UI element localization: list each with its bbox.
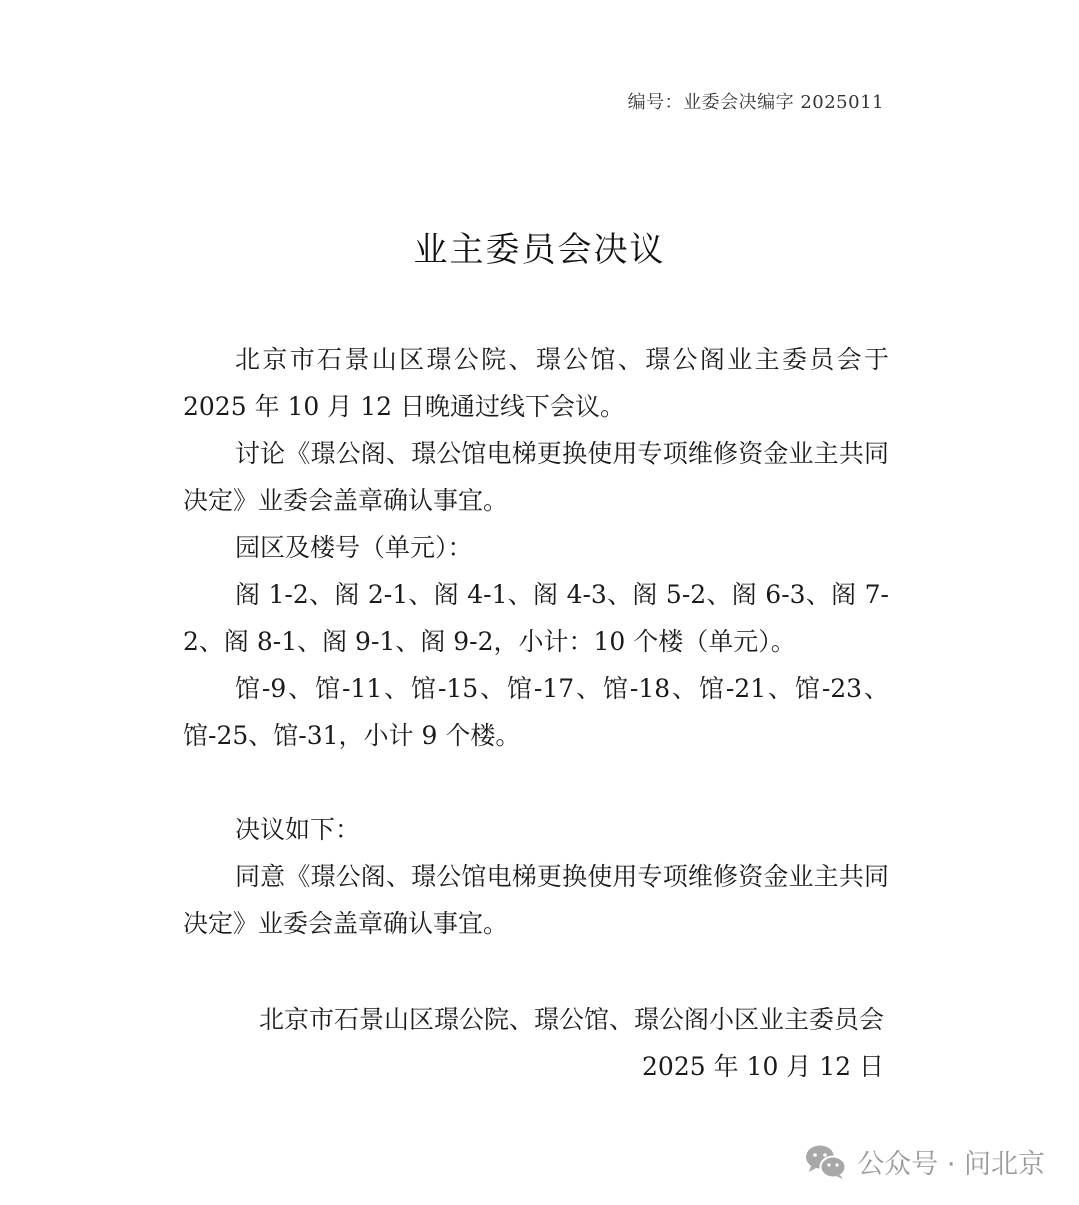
signature-date: 2025 年 10 月 12 日: [259, 1043, 884, 1090]
watermark-text: 公众号 · 问北京: [857, 1142, 1045, 1181]
watermark: 公众号 · 问北京: [805, 1142, 1045, 1181]
document-number: 编号：业委会决编字 2025011: [628, 88, 884, 114]
wechat-icon: [805, 1144, 847, 1180]
document-body: 北京市石景山区璟公院、璟公馆、璟公阁业主委员会于 2025 年 10 月 12 …: [183, 336, 889, 759]
document-title: 业主委员会决议: [0, 222, 1079, 271]
paragraph-buildings-heading: 园区及楼号（单元）：: [183, 524, 889, 571]
paragraph-discussion: 讨论《璟公阁、璟公馆电梯更换使用专项维修资金业主共同决定》业委会盖章确认事宜。: [183, 430, 889, 524]
resolution-heading: 决议如下：: [183, 806, 889, 853]
paragraph-guan-buildings: 馆-9、馆-11、馆-15、馆-17、馆-18、馆-21、馆-23、馆-25、馆…: [183, 665, 889, 759]
signature-block: 北京市石景山区璟公院、璟公馆、璟公阁小区业主委员会 2025 年 10 月 12…: [259, 996, 884, 1090]
resolution-section: 决议如下： 同意《璟公阁、璟公馆电梯更换使用专项维修资金业主共同决定》业委会盖章…: [183, 806, 889, 947]
signature-organization: 北京市石景山区璟公院、璟公馆、璟公阁小区业主委员会: [259, 996, 884, 1043]
paragraph-ge-buildings: 阁 1-2、阁 2-1、阁 4-1、阁 4-3、阁 5-2、阁 6-3、阁 7-…: [183, 571, 889, 665]
resolution-text: 同意《璟公阁、璟公馆电梯更换使用专项维修资金业主共同决定》业委会盖章确认事宜。: [183, 853, 889, 947]
paragraph-meeting-info: 北京市石景山区璟公院、璟公馆、璟公阁业主委员会于 2025 年 10 月 12 …: [183, 336, 889, 430]
